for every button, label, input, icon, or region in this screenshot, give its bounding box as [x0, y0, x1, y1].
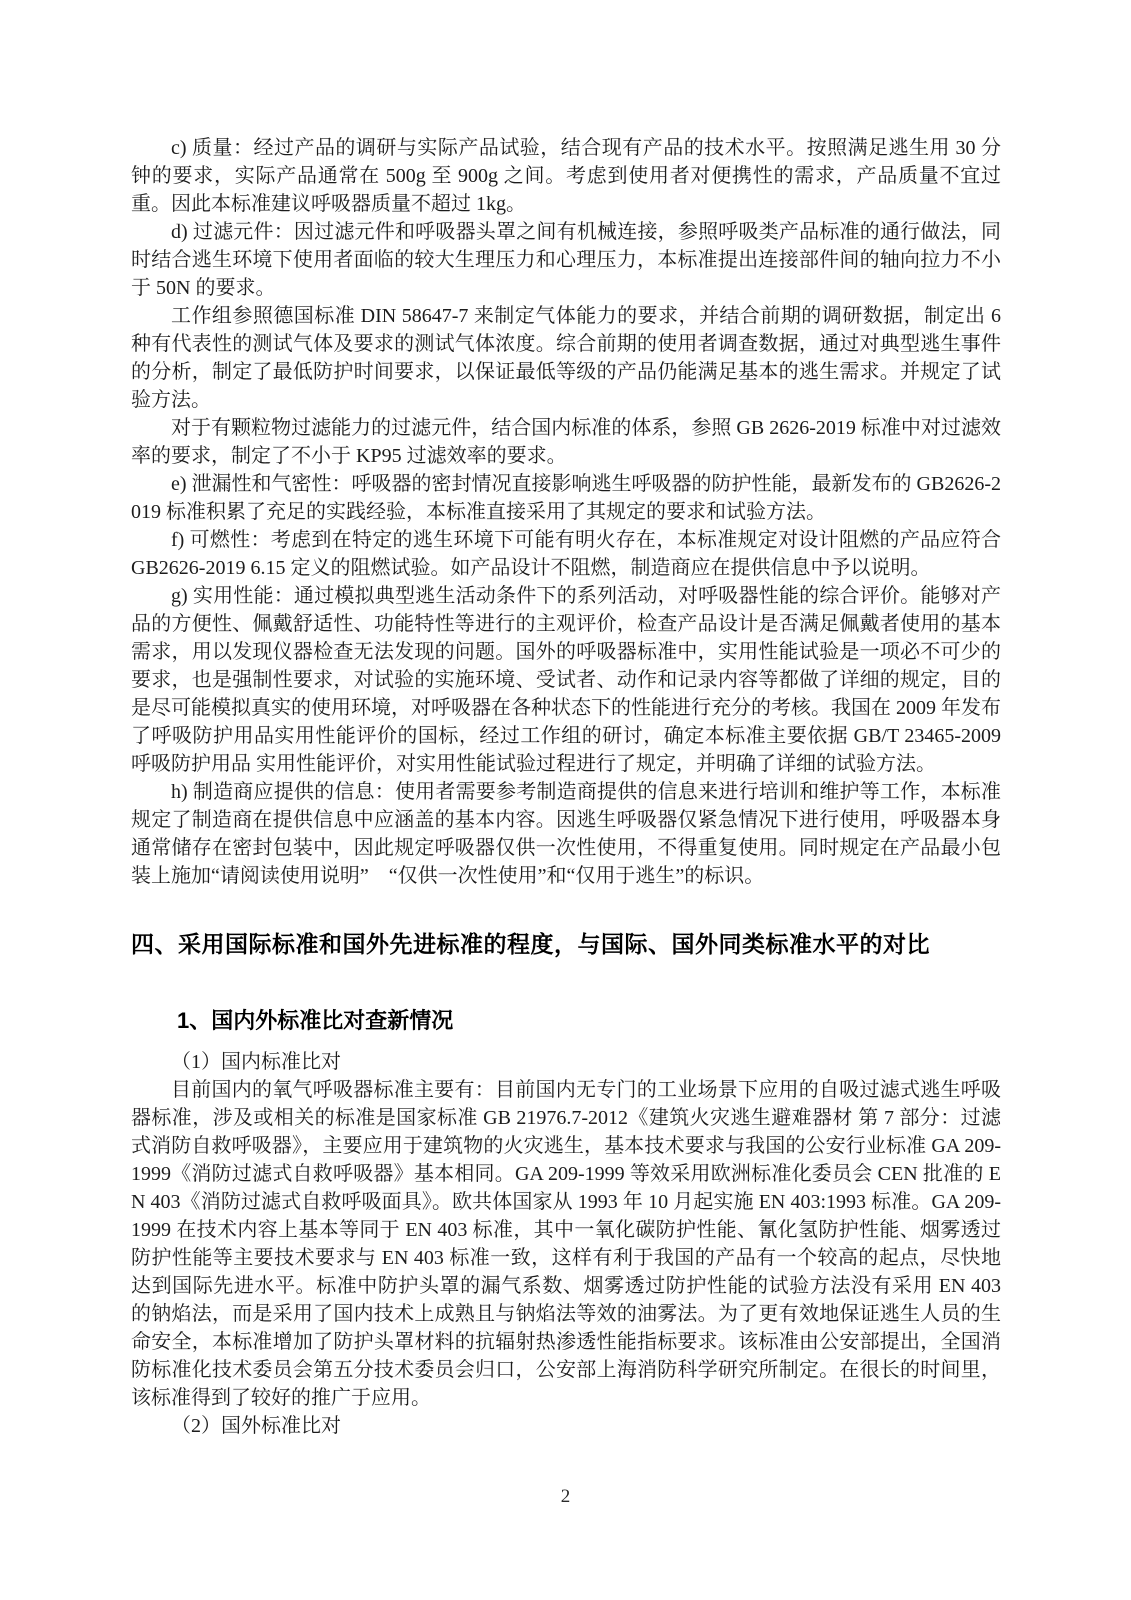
paragraph-working-group-din: 工作组参照德国标准 DIN 58647-7 来制定气体能力的要求，并结合前期的调…	[131, 302, 1001, 414]
paragraph-g-practical-performance: g) 实用性能：通过模拟典型逃生活动条件下的系列活动，对呼吸器性能的综合评价。能…	[131, 582, 1001, 778]
item-2-foreign-comparison-label: （2）国外标准比对	[131, 1412, 1001, 1440]
paragraph-d-filter-element: d) 过滤元件：因过滤元件和呼吸器头罩之间有机械连接，参照呼吸类产品标准的通行做…	[131, 218, 1001, 302]
paragraph-h-manufacturer-info: h) 制造商应提供的信息：使用者需要参考制造商提供的信息来进行培训和维护等工作，…	[131, 778, 1001, 890]
document-page: c) 质量：经过产品的调研与实际产品试验，结合现有产品的技术水平。按照满足逃生用…	[0, 0, 1131, 1600]
item-1-domestic-comparison-label: （1）国内标准比对	[131, 1048, 1001, 1076]
paragraph-e-leakage-airtightness: e) 泄漏性和气密性：呼吸器的密封情况直接影响逃生呼吸器的防护性能，最新发布的 …	[131, 470, 1001, 526]
subsection-1-heading: 1、国内外标准比对查新情况	[177, 1006, 1001, 1036]
paragraph-f-flammability: f) 可燃性：考虑到在特定的逃生环境下可能有明火存在，本标准规定对设计阻燃的产品…	[131, 526, 1001, 582]
paragraph-domestic-standards-comparison: 目前国内的氧气呼吸器标准主要有：目前国内无专门的工业场景下应用的自吸过滤式逃生呼…	[131, 1076, 1001, 1412]
section-4-heading: 四、采用国际标准和国外先进标准的程度，与国际、国外同类标准水平的对比	[131, 928, 1001, 960]
page-number: 2	[0, 1486, 1131, 1508]
paragraph-particulate-filter: 对于有颗粒物过滤能力的过滤元件，结合国内标准的体系，参照 GB 2626-201…	[131, 414, 1001, 470]
paragraph-c-quality: c) 质量：经过产品的调研与实际产品试验，结合现有产品的技术水平。按照满足逃生用…	[131, 134, 1001, 218]
